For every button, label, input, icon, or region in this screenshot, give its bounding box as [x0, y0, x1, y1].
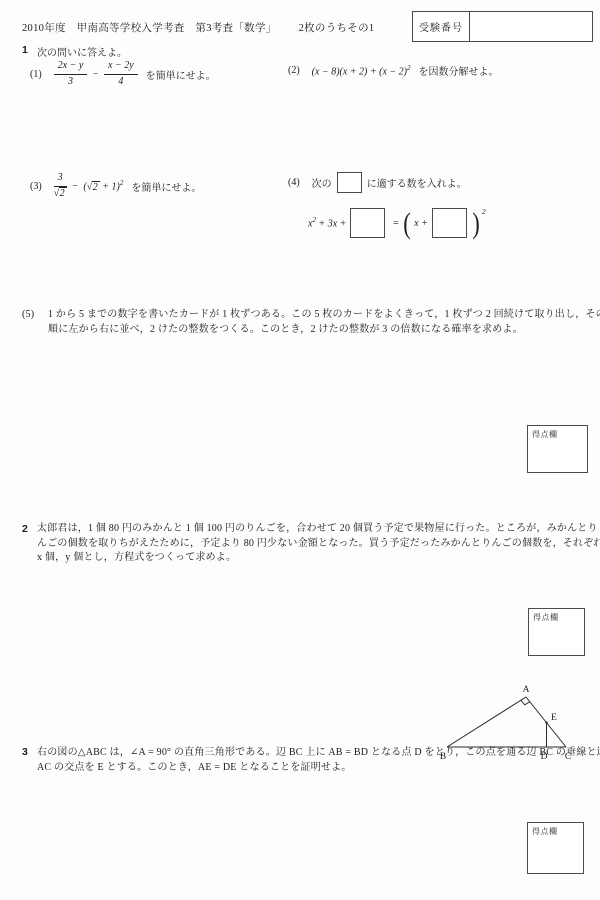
open-paren-large: ( — [403, 210, 411, 237]
score-box-2: 得点欄 — [528, 608, 585, 656]
expression-exponent: 2 — [407, 64, 411, 72]
side-AB — [447, 697, 526, 747]
rhs-exponent: 2 — [482, 207, 486, 216]
fraction-1-denominator: 3 — [68, 75, 73, 89]
question-2-text: 太郎君は，1 個 80 円のみかんと 1 個 100 円のりんごを，合わせて 2… — [37, 523, 600, 563]
exponent: 2 — [120, 179, 124, 187]
sqrt-expression: (√2 + 1)2 — [83, 179, 123, 192]
point-E-dot — [545, 721, 547, 723]
answer-blank-small[interactable] — [337, 172, 362, 193]
triangle-figure: A B C D E — [430, 682, 582, 766]
exam-number-field[interactable] — [470, 12, 592, 41]
problem-1-2-expression: (x − 8)(x + 2) + (x − 2)2 — [312, 64, 411, 77]
fraction-2-denominator: 4 — [118, 75, 123, 89]
fraction-2-numerator: x − 2y — [104, 60, 138, 75]
problem-1-5-text: 1 から 5 までの数字を書いたカードが 1 枚ずつある。この 5 枚のカードを… — [48, 309, 600, 335]
rhs-x: x + — [414, 218, 428, 229]
fraction-1-numerator: 2x − y — [54, 60, 88, 75]
problem-1-4: (4) 次の に適する数を入れよ。 — [288, 172, 467, 193]
vertex-label-E: E — [551, 713, 557, 723]
problem-1-3-instruction: を簡単にせよ。 — [131, 179, 201, 194]
answer-blank-rhs[interactable] — [432, 208, 467, 238]
problem-1-1-label: (1) — [30, 69, 42, 80]
problem-1-4-pre: 次の — [312, 175, 332, 190]
problem-1-1: (1) 2x − y 3 − x − 2y 4 を簡単にせよ。 — [30, 58, 216, 90]
score-box-label: 得点欄 — [529, 609, 584, 623]
score-box-label: 得点欄 — [528, 823, 583, 837]
answer-blank-lhs[interactable] — [350, 208, 385, 238]
problem-1-2-instruction: を因数分解せよ。 — [418, 63, 498, 78]
radicand: 2 — [92, 181, 100, 193]
problem-1-4-post: に適する数を入れよ。 — [367, 175, 467, 190]
vertex-label-B: B — [440, 752, 446, 762]
sheet-note: 2枚のうちその1 — [299, 20, 375, 35]
expression-base: (x − 8)(x + 2) + (x − 2) — [312, 66, 407, 77]
fraction-1: 2x − y 3 — [54, 60, 88, 88]
equation-lhs: x2 + 3x + — [308, 216, 346, 229]
right-angle-mark — [521, 700, 530, 705]
problem-1-1-instruction: を簡単にせよ。 — [146, 67, 216, 82]
problem-1-3-label: (3) — [30, 181, 42, 192]
question-3-number: 3 — [22, 745, 28, 760]
exam-number-label: 受験番号 — [413, 12, 470, 41]
exam-number-box: 受験番号 — [412, 11, 593, 42]
score-box-3: 得点欄 — [527, 822, 584, 874]
problem-1-4-equation: x2 + 3x + = ( x + ) 2 — [308, 206, 485, 240]
question-1: 1 次の問いに答えよ。 — [22, 44, 337, 59]
score-box-label: 得点欄 — [528, 426, 587, 440]
problem-1-2-label: (2) — [288, 65, 300, 76]
vertex-label-D: D — [541, 752, 548, 762]
fraction-sqrt-numerator: 3 — [54, 172, 67, 187]
question-2-number: 2 — [22, 522, 28, 537]
problem-1-3: (3) 3 √2 − (√2 + 1)2 を簡単にせよ。 — [30, 169, 201, 203]
header: 2010年度 甲南高等学校入学考査 第3考査「数学」 2枚のうちその1 — [22, 20, 374, 35]
question-1-number: 1 — [22, 44, 28, 56]
question-2: 2 太郎君は，1 個 80 円のみかんと 1 個 100 円のりんごを，合わせて… — [22, 522, 600, 566]
page-title: 2010年度 甲南高等学校入学考査 第3考査「数学」 — [22, 20, 277, 35]
fraction-sqrt-denominator: √2 — [54, 187, 67, 201]
fraction-2: x − 2y 4 — [104, 60, 138, 88]
triangle-lines — [447, 697, 566, 747]
fraction-sqrt: 3 √2 — [54, 172, 67, 200]
problem-1-2: (2) (x − 8)(x + 2) + (x − 2)2 を因数分解せよ。 — [288, 63, 498, 78]
equals-sign: = — [392, 218, 399, 229]
close-paren-large: ) — [472, 210, 480, 237]
radicand: 2 — [59, 187, 67, 199]
inner-sqrt: √2 — [87, 181, 100, 193]
problem-1-4-label: (4) — [288, 177, 300, 188]
minus-operator: − — [72, 181, 79, 192]
minus-operator: − — [92, 69, 99, 80]
exam-paper-page: 2010年度 甲南高等学校入学考査 第3考査「数学」 2枚のうちその1 受験番号… — [0, 0, 600, 900]
problem-1-5-label: (5) — [22, 308, 34, 323]
plus-one: + 1 — [100, 182, 117, 193]
vertex-label-A: A — [523, 685, 530, 695]
vertex-label-C: C — [565, 752, 571, 762]
score-box-1: 得点欄 — [527, 425, 588, 473]
problem-1-5: (5) 1 から 5 までの数字を書いたカードが 1 枚ずつある。この 5 枚の… — [22, 308, 600, 337]
lhs-rest: + 3x + — [316, 219, 346, 230]
